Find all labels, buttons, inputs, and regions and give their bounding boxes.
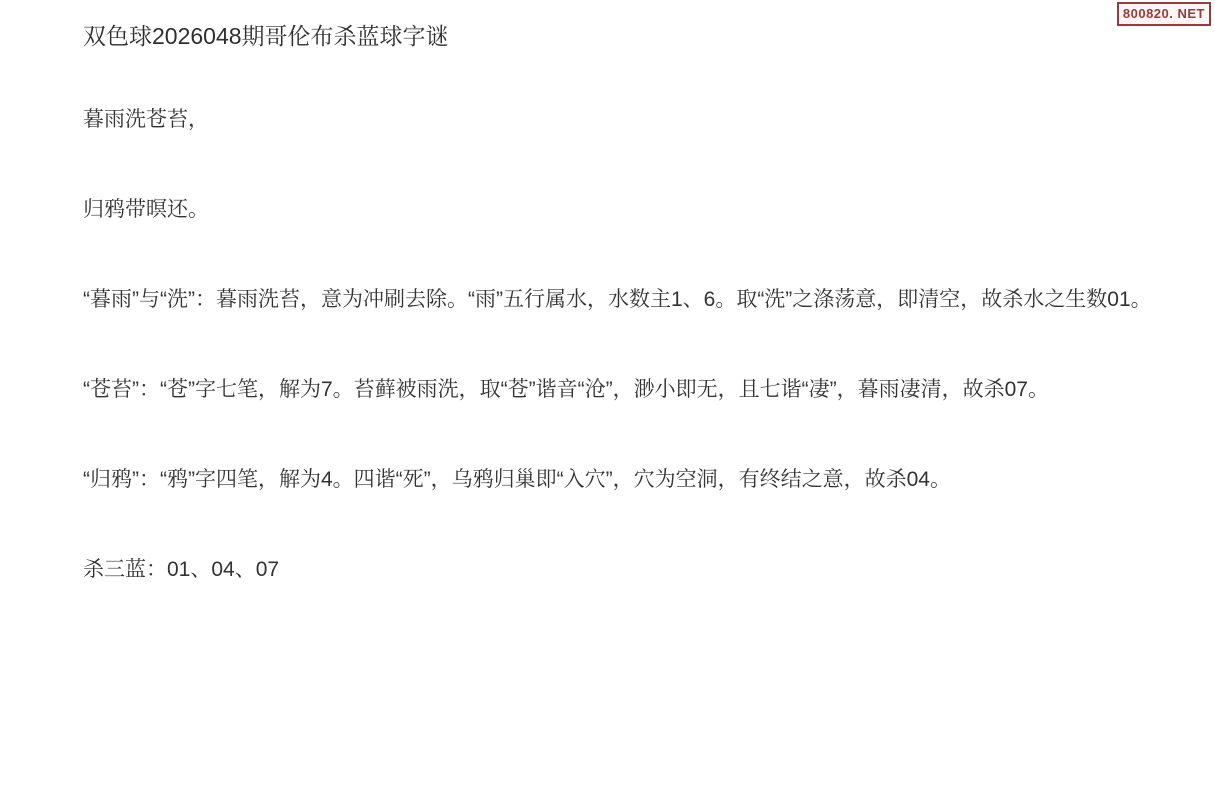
kill-numbers-conclusion: 杀三蓝：01、04、07 (30, 541, 1190, 598)
article-title: 双色球2026048期哥伦布杀蓝球字谜 (30, 8, 1190, 65)
article-page: 800820. NET 双色球2026048期哥伦布杀蓝球字谜 暮雨洗苍苔， 归… (0, 0, 1215, 786)
analysis-paragraph-1: “暮雨”与“洗”：暮雨洗苔，意为冲刷去除。“雨”五行属水，水数主1、6。取“洗”… (30, 271, 1190, 328)
article-content: 双色球2026048期哥伦布杀蓝球字谜 暮雨洗苍苔， 归鸦带暝还。 “暮雨”与“… (0, 0, 1215, 598)
poem-line-1: 暮雨洗苍苔， (30, 91, 1190, 148)
analysis-paragraph-2: “苍苔”：“苍”字七笔，解为7。苔藓被雨洗，取“苍”谐音“沧”，渺小即无，且七谐… (30, 361, 1190, 418)
analysis-paragraph-3: “归鸦”：“鸦”字四笔，解为4。四谐“死”，乌鸦归巢即“入穴”，穴为空洞，有终结… (30, 451, 1190, 508)
site-watermark-badge: 800820. NET (1117, 2, 1211, 26)
poem-line-2: 归鸦带暝还。 (30, 181, 1190, 238)
